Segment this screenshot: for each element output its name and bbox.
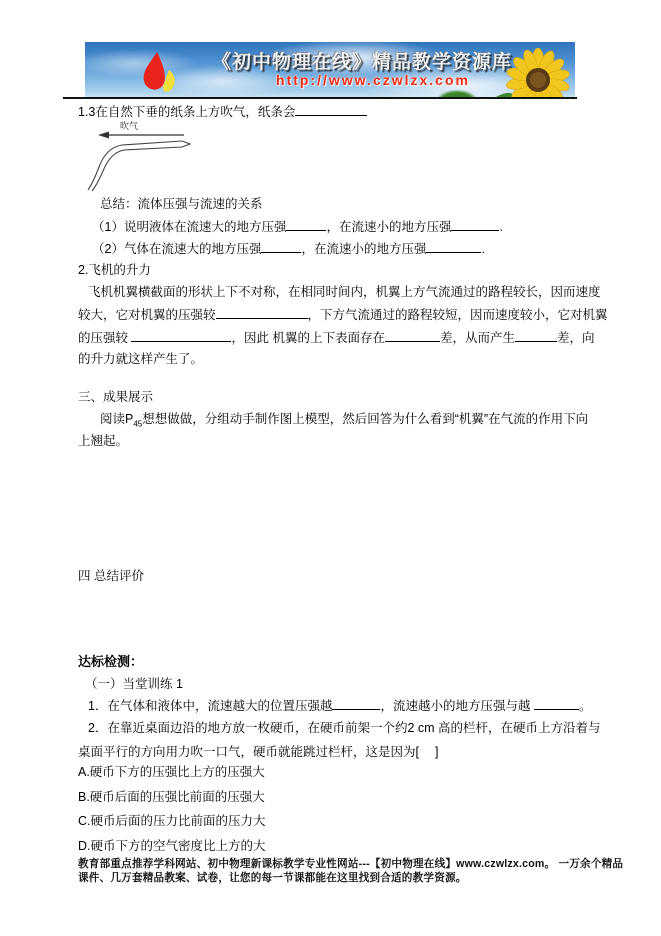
summary-item-2: （2）气体在流速大的地方压强，在流速小的地方压强.: [92, 240, 485, 257]
results-line-1-text-b: 想想做做，分组动手制作图上模型，然后回答为什么看到“机翼”在气流的作用下向: [142, 412, 588, 426]
evaluation-section-title: 四 总结评价: [78, 568, 144, 584]
footer-line-1: 教育部重点推荐学科网站、初中物理新课标教学专业性网站---【初中物理在线】www…: [78, 856, 623, 871]
test-question-1-text-a: 1．在气体和液体中，流速越大的位置压强越: [88, 699, 332, 713]
test-section-title: 达标检测：: [78, 654, 143, 670]
paper-strip-diagram: 吹气: [84, 118, 196, 194]
lift-line-3-text-c: 差，从而产生: [440, 331, 515, 345]
blank-underline: [332, 697, 380, 710]
page-number-subscript: 45: [133, 420, 142, 429]
summary-item-1: （1）说明液体在流速大的地方压强，在流速小的地方压强.: [92, 218, 503, 235]
summary-item-2-text-c: .: [481, 242, 484, 256]
sunflower-icon: [481, 48, 575, 98]
option-a: A.硬币下方的压强比上方的压强大: [78, 764, 265, 780]
blank-underline: [515, 329, 557, 342]
summary-title: 总结：流体压强与流速的关系: [100, 196, 263, 212]
test-question-2-line-1: 2．在靠近桌面边沿的地方放一枚硬币，在硬币前架一个约2 cm 高的栏杆，在硬币上…: [88, 720, 601, 736]
results-line-1-text-a: 阅读P: [100, 412, 133, 426]
test-question-1-text-c: 。: [579, 699, 592, 713]
worksheet-page: 《初中物理在线》精品教学资源库 http://www.czwlzx.com: [0, 0, 661, 936]
lift-line-2-text-a: 较大，它对机翼的压强较: [78, 308, 216, 322]
summary-item-2-text-a: （2）气体在流速大的地方压强: [92, 242, 261, 256]
blank-underline: [216, 306, 308, 319]
blank-underline: [131, 329, 231, 342]
blow-air-label: 吹气: [120, 120, 138, 131]
lift-line-3-text-a: 的压强较: [78, 331, 131, 345]
lift-line-2-text-b: ，下方气流通过的路程较短，因而速度较小，它对机翼: [308, 308, 608, 322]
summary-item-2-text-b: ，在流速小的地方压强: [301, 242, 426, 256]
summary-item-1-text-c: .: [499, 220, 502, 234]
blank-underline: [534, 697, 579, 710]
header-banner: 《初中物理在线》精品教学资源库 http://www.czwlzx.com: [85, 42, 575, 98]
summary-item-1-text-a: （1）说明液体在流速大的地方压强: [92, 220, 286, 234]
banner-url: http://www.czwlzx.com: [223, 72, 523, 88]
test-subtitle: （一）当堂训练 1: [85, 676, 183, 692]
lift-line-3-text-b: ，因此 机翼的上下表面存在: [231, 331, 384, 345]
summary-item-1-text-b: ，在流速小的地方压强: [326, 220, 451, 234]
option-c: C.硬币后面的压力比前面的压力大: [78, 813, 266, 829]
blank-underline: [286, 218, 326, 231]
blank-underline: [451, 218, 499, 231]
blank-underline: [426, 240, 481, 253]
blank-underline: [261, 240, 301, 253]
results-line-1: 阅读P45想想做做，分组动手制作图上模型，然后回答为什么看到“机翼”在气流的作用…: [100, 411, 588, 433]
lift-paragraph-line-3: 的压强较 ，因此 机翼的上下表面存在差，从而产生差，向: [78, 329, 595, 346]
option-b: B.硬币后面的压强比前面的压强大: [78, 789, 265, 805]
blank-underline: [295, 103, 367, 116]
results-section-title: 三、成果展示: [78, 389, 153, 405]
test-question-2-line-2: 桌面平行的方向用力吹一口气，硬币就能跳过栏杆，这是因为[ ]: [78, 744, 438, 760]
lift-paragraph-line-2: 较大，它对机翼的压强较，下方气流通过的路程较短，因而速度较小，它对机翼: [78, 306, 608, 323]
lift-paragraph-line-4: 的升力就这样产生了。: [78, 351, 203, 367]
banner-title: 《初中物理在线》精品教学资源库: [197, 47, 527, 74]
header-divider: [63, 97, 577, 99]
lift-line-3-text-d: 差，向: [557, 331, 595, 345]
question-1-3-text: 1.3在自然下垂的纸条上方吹气，纸条会: [78, 105, 295, 119]
blank-underline: [385, 329, 440, 342]
flame-logo-icon: [135, 50, 187, 98]
test-question-1-text-b: ，流速越小的地方压强与越: [380, 699, 533, 713]
option-d: D.硬币下方的空气密度比上方的大: [78, 838, 266, 854]
results-line-2: 上翘起。: [78, 433, 128, 449]
footer-line-2: 课件、几万套精品教案、试卷，让您的每一节课都能在这里找到合适的教学资源。: [78, 870, 467, 885]
lift-paragraph-line-1: 飞机机翼横截面的形状上下不对称，在相同时间内，机翼上方气流通过的路程较长，因而速…: [88, 284, 601, 300]
lift-section-title: 2.飞机的升力: [78, 262, 151, 278]
test-question-1: 1．在气体和液体中，流速越大的位置压强越，流速越小的地方压强与越 。: [88, 697, 591, 714]
